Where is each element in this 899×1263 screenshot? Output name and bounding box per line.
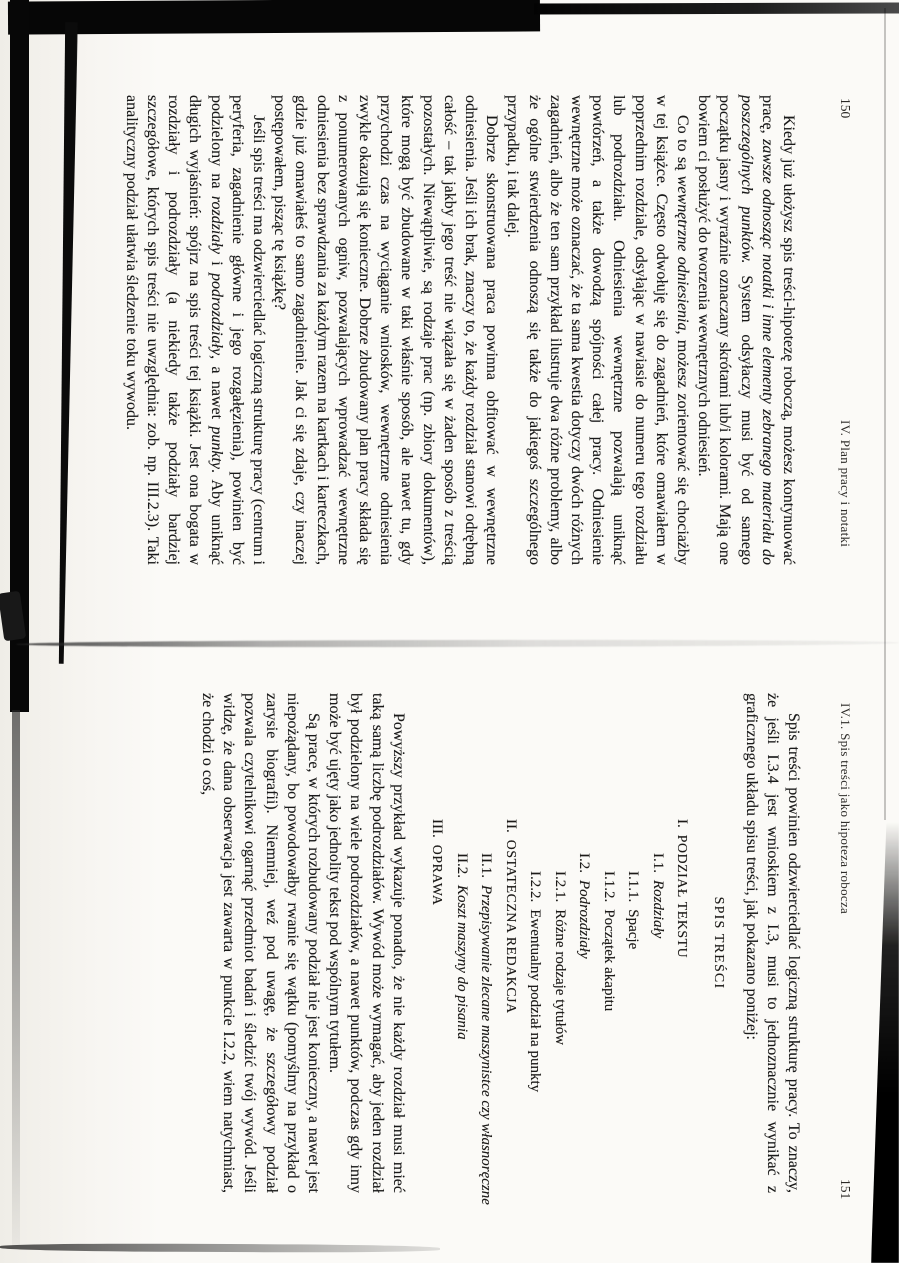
running-header-151: IV.1. Spis treści jako hipoteza robocza <box>837 703 853 914</box>
toc-item: I.PODZIAŁ TEKSTU <box>670 693 695 1193</box>
toc-item: I.2.1.Różne rodzaje tytułów <box>547 693 572 1193</box>
scan-edge-left-fade <box>12 710 20 1246</box>
paragraph: Dobrze skonstruowana praca powinna obfit… <box>269 95 502 565</box>
table-of-contents-example: SPIS TREŚCI I.PODZIAŁ TEKSTUI.1.Rozdział… <box>425 693 727 1193</box>
paragraph: Co to są wewnętrzne odniesienia, możesz … <box>502 95 693 565</box>
running-header-150: IV. Plan pracy i notatki <box>837 420 853 547</box>
paragraph: Jeśli spis treści ma odzwierciedlać logi… <box>121 95 269 565</box>
page-151-text-column: Spis treści powinien odzwierciedlać logi… <box>197 693 804 1193</box>
page-150-text-column: Kiedy już ułożysz spis treści-hipotezę r… <box>121 95 800 565</box>
toc-item: I.1.2.Początek akapitu <box>596 693 621 1193</box>
toc-item: III.OPRAWA <box>425 693 450 1193</box>
paragraph: Kiedy już ułożysz spis treści-hipotezę r… <box>693 95 799 565</box>
paragraph: Są prace, w których rozbudowany podział … <box>197 693 324 1193</box>
toc-list: I.PODZIAŁ TEKSTUI.1.RozdziałyI.1.1.Spacj… <box>425 693 695 1193</box>
page-151: IV.1. Spis treści jako hipoteza robocza … <box>0 631 899 1262</box>
page-150: 150 IV. Plan pracy i notatki Kiedy już u… <box>0 0 899 631</box>
toc-item: I.1.1.Spacje <box>621 693 646 1193</box>
scan-edge-top-thin <box>534 3 899 15</box>
page-number-151: 151 <box>837 1179 853 1199</box>
paragraph: Powyższy przykład wykazuje ponadto, że n… <box>324 693 409 1193</box>
scan-edge-right-line <box>884 8 886 820</box>
page-number-150: 150 <box>837 98 853 118</box>
toc-item: I.1.Rozdziały <box>645 693 670 1193</box>
toc-item: I.2.Podrozdziały <box>572 693 597 1193</box>
scan-edge-top <box>8 0 540 35</box>
toc-item: I.2.2.Ewentualny podział na punkty <box>523 693 548 1193</box>
toc-item: II.OSTATECZNA REDAKCJA <box>498 693 523 1193</box>
toc-item: II.1.Przepisywanie zlecane maszynistce c… <box>474 693 499 1193</box>
paragraph: Spis treści powinien odzwierciedlać logi… <box>740 693 804 1193</box>
toc-title: SPIS TREŚCI <box>710 693 726 1193</box>
scanned-book-spread: 150 IV. Plan pracy i notatki Kiedy już u… <box>0 0 899 1263</box>
toc-item: II.2.Koszt maszyny do pisania <box>449 693 474 1193</box>
